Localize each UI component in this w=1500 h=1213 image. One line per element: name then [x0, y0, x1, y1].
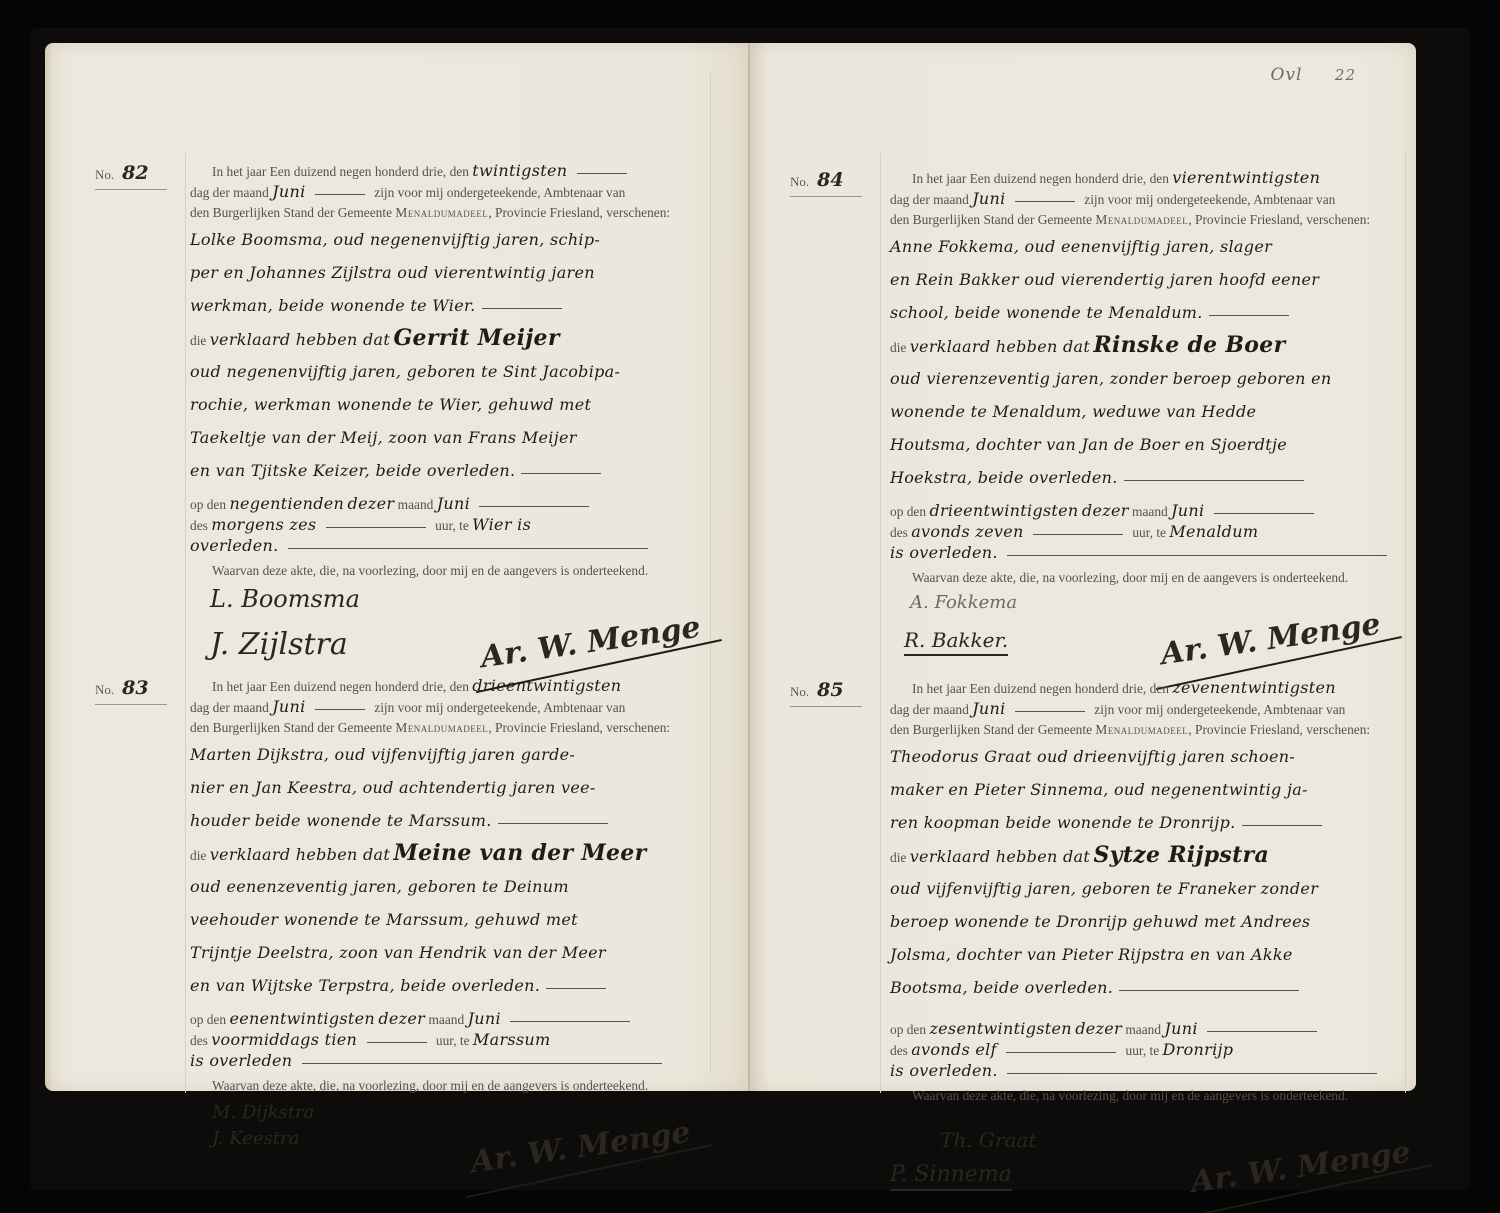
gemeente-name: Menaldumadeel [1095, 722, 1188, 737]
details-line: Hoekstra, beide overleden. [890, 461, 1410, 494]
handwritten-text: rochie, werkman wonende te Wier, gehuwd … [190, 395, 591, 414]
handwritten-text: en van Wijtske Terpstra, beide overleden… [190, 976, 540, 995]
signature-registrar: Ar. W. Menge [1189, 1135, 1413, 1200]
printed-text: die [890, 850, 906, 865]
signature-appearer: Th. Graat [940, 1128, 1036, 1152]
printed-text: op den [890, 504, 926, 519]
record-number-value: 84 [817, 169, 843, 191]
fill-rule [1214, 512, 1314, 514]
details-line: oud vijfenvijftig jaren, geboren te Fran… [890, 872, 1410, 905]
appearers-line: Lolke Boomsma, oud negenenvijftig jaren,… [190, 223, 750, 256]
printed-text: op den [890, 1022, 926, 1037]
closing-statement: Waarvan deze akte, die, na voorlezing, d… [190, 560, 750, 581]
record-number-value: 85 [817, 679, 843, 701]
handwritten-month: Juni [272, 697, 305, 716]
fill-rule [479, 505, 589, 507]
printed-text: zijn voor mij ondergeteekende, Ambtenaar… [374, 700, 625, 715]
handwritten-death-day: eenentwintigsten [229, 1009, 375, 1028]
handwritten-death-day: negentienden [229, 494, 344, 513]
fill-rule [1015, 200, 1075, 202]
fill-rule [302, 1062, 662, 1064]
death-record: No.82 In het jaar Een duizend negen hond… [190, 160, 750, 685]
page-frame-line [880, 153, 881, 1093]
signature-appearer: J. Keestra [212, 1128, 299, 1149]
closing-statement: Waarvan deze akte, die, na voorlezing, d… [890, 1085, 1410, 1106]
printed-text: In het jaar Een duizend negen honderd dr… [212, 679, 469, 694]
handwritten-death-day: drieentwintigsten [929, 501, 1078, 520]
handwritten-text: per en Johannes Zijlstra oud vierentwint… [190, 263, 595, 282]
death-time-line: des avonds elf uur, te Dronrijp [890, 1039, 1410, 1060]
handwritten-text: school, beide wonende te Menaldum. [890, 303, 1203, 322]
fill-rule [498, 822, 608, 824]
record-line-3: den Burgerlijken Stand der Gemeente Mena… [890, 719, 1410, 740]
details-line: veehouder wonende te Marssum, gehuwd met [190, 903, 750, 936]
details-line: oud negenenvijftig jaren, geboren te Sin… [190, 355, 750, 388]
signature-appearer: J. Zijlstra [210, 627, 348, 662]
handwritten-text: is overleden. [890, 1061, 998, 1080]
printed-text: uur, te [1126, 1043, 1160, 1058]
details-line: wonende te Menaldum, weduwe van Hedde [890, 395, 1410, 428]
fill-rule [546, 987, 606, 989]
signature-registrar: Ar. W. Menge [479, 610, 703, 675]
details-line: Taekeltje van der Meij, zoon van Frans M… [190, 421, 750, 454]
printed-text: In het jaar Een duizend negen honderd dr… [912, 171, 1169, 186]
details-line: Trijntje Deelstra, zoon van Hendrik van … [190, 936, 750, 969]
gemeente-name: Menaldumadeel [1095, 212, 1188, 227]
signature-appearer: A. Fokkema [910, 592, 1017, 613]
death-date-line: op den eenentwintigsten dezer maand Juni [190, 1008, 750, 1029]
death-record: No.84 In het jaar Een duizend negen hond… [890, 167, 1410, 692]
signature-registrar: Ar. W. Menge [1159, 607, 1383, 672]
closing-hw-line: is overleden. [890, 542, 1410, 563]
printed-text: den Burgerlijken Stand der Gemeente [190, 205, 392, 220]
record-line-3: den Burgerlijken Stand der Gemeente Mena… [190, 717, 750, 738]
appearers-line: Anne Fokkema, oud eenenvijftig jaren, sl… [890, 230, 1410, 263]
declaration-line: die verklaard hebben dat Rinske de Boer [890, 329, 1410, 362]
printed-text: , Provincie Friesland, verschenen: [488, 205, 670, 220]
handwritten-month: Juni [272, 182, 305, 201]
printed-text: , Provincie Friesland, verschenen: [488, 720, 670, 735]
appearers-line: houder beide wonende te Marssum. [190, 804, 750, 837]
death-record: No.85 In het jaar Een duizend negen hond… [890, 677, 1410, 1210]
printed-text: die [890, 340, 906, 355]
handwritten-death-month: Juni [1171, 501, 1204, 520]
handwritten-text: Anne Fokkema, oud eenenvijftig jaren, sl… [890, 237, 1272, 256]
printed-text: die [190, 848, 206, 863]
printed-text: maand [1125, 1022, 1161, 1037]
death-time-line: des morgens zes uur, te Wier is [190, 514, 750, 535]
handwritten-time: avonds elf [911, 1040, 997, 1059]
page-frame-line [185, 153, 186, 1093]
details-line: Jolsma, dochter van Pieter Rijpstra en v… [890, 938, 1410, 971]
printed-text: den Burgerlijken Stand der Gemeente [190, 720, 392, 735]
printed-text: dag der maand [890, 702, 969, 717]
handwritten-text: verklaard hebben dat [210, 845, 390, 864]
fill-rule [1006, 1051, 1116, 1053]
printed-text: uur, te [435, 518, 469, 533]
details-line: oud eenenzeventig jaren, geboren te Dein… [190, 870, 750, 903]
handwritten-text: en Rein Bakker oud vierendertig jaren ho… [890, 270, 1319, 289]
handwritten-text: Theodorus Graat oud drieenvijftig jaren … [890, 747, 1295, 766]
handwritten-text: Bootsma, beide overleden. [890, 978, 1113, 997]
handwritten-time: avonds zeven [911, 522, 1023, 541]
handwritten-day: drieentwintigsten [472, 676, 621, 695]
printed-text: maand [1132, 504, 1168, 519]
handwritten-place: Marssum [473, 1030, 551, 1049]
details-line: Houtsma, dochter van Jan de Boer en Sjoe… [890, 428, 1410, 461]
printed-text: zijn voor mij ondergeteekende, Ambtenaar… [1084, 192, 1335, 207]
closing-hw-line: is overleden [190, 1050, 750, 1071]
record-line-2: dag der maand Juni zijn voor mij onderge… [890, 698, 1410, 719]
handwritten-text: en van Tjitske Keizer, beide overleden. [190, 461, 515, 480]
printed-text: den Burgerlijken Stand der Gemeente [890, 212, 1092, 227]
details-line: en van Wijtske Terpstra, beide overleden… [190, 969, 750, 1002]
signature-appearer: P. Sinnema [890, 1162, 1012, 1191]
handwritten-text: dezer [348, 494, 395, 513]
handwritten-text: is overleden. [890, 543, 998, 562]
handwritten-text: dezer [1082, 501, 1129, 520]
fill-rule [1119, 989, 1299, 991]
record-number-value: 82 [122, 162, 148, 184]
details-line: rochie, werkman wonende te Wier, gehuwd … [190, 388, 750, 421]
handwritten-text: Taekeltje van der Meij, zoon van Frans M… [190, 428, 577, 447]
printed-text: , Provincie Friesland, verschenen: [1188, 722, 1370, 737]
details-line: Bootsma, beide overleden. [890, 971, 1410, 1004]
handwritten-death-month: Juni [437, 494, 470, 513]
record-number: No.82 [95, 162, 167, 190]
fill-rule [482, 307, 562, 309]
signature-registrar: Ar. W. Menge [469, 1115, 693, 1180]
printed-text: uur, te [436, 1033, 470, 1048]
printed-text: dag der maand [890, 192, 969, 207]
handwritten-month: Juni [972, 189, 1005, 208]
handwritten-text: oud vijfenvijftig jaren, geboren te Fran… [890, 879, 1318, 898]
page-number: 22 [1335, 66, 1356, 84]
deceased-name: Rinske de Boer [1093, 332, 1285, 358]
handwritten-text: dezer [1075, 1019, 1122, 1038]
fill-rule [1207, 1030, 1317, 1032]
appearers-line: werkman, beide wonende te Wier. [190, 289, 750, 322]
fill-rule [1015, 710, 1085, 712]
handwritten-day: vierentwintigsten [1172, 168, 1320, 187]
fill-rule [1209, 314, 1289, 316]
printed-text: den Burgerlijken Stand der Gemeente [890, 722, 1092, 737]
printed-text: des [890, 1043, 908, 1058]
handwritten-text: oud negenenvijftig jaren, geboren te Sin… [190, 362, 620, 381]
death-date-line: op den drieentwintigsten dezer maand Jun… [890, 500, 1410, 521]
closing-statement: Waarvan deze akte, die, na voorlezing, d… [190, 1075, 750, 1096]
appearers-line: Marten Dijkstra, oud vijfenvijftig jaren… [190, 738, 750, 771]
appearers-line: school, beide wonende te Menaldum. [890, 296, 1410, 329]
record-line-1: In het jaar Een duizend negen honderd dr… [890, 677, 1410, 698]
signature-appearer: M. Dijkstra [212, 1102, 314, 1123]
printed-text: dag der maand [190, 700, 269, 715]
handwritten-text: verklaard hebben dat [210, 330, 390, 349]
fill-rule [1007, 1072, 1377, 1074]
declaration-line: die verklaard hebben dat Meine van der M… [190, 837, 750, 870]
printed-text: zijn voor mij ondergeteekende, Ambtenaar… [374, 185, 625, 200]
record-number: No.83 [95, 677, 167, 705]
handwritten-text: Trijntje Deelstra, zoon van Hendrik van … [190, 943, 606, 962]
handwritten-time: morgens zes [211, 515, 316, 534]
record-line-1: In het jaar Een duizend negen honderd dr… [890, 167, 1410, 188]
printed-text: uur, te [1132, 525, 1166, 540]
printed-text: op den [190, 497, 226, 512]
printed-text: dag der maand [190, 185, 269, 200]
printed-text: des [190, 1033, 208, 1048]
fill-rule [510, 1020, 630, 1022]
handwritten-death-month: Juni [1164, 1019, 1197, 1038]
death-record: No.83 In het jaar Een duizend negen hond… [190, 675, 750, 1200]
details-line: en van Tjitske Keizer, beide overleden. [190, 454, 750, 487]
handwritten-death-month: Juni [468, 1009, 501, 1028]
printed-text: maand [398, 497, 434, 512]
record-number: No.85 [790, 679, 862, 707]
closing-hw-line: is overleden. [890, 1060, 1410, 1081]
printed-text: des [190, 518, 208, 533]
deceased-name: Meine van der Meer [393, 840, 646, 866]
declaration-line: die verklaard hebben dat Gerrit Meijer [190, 322, 750, 355]
handwritten-text: houder beide wonende te Marssum. [190, 811, 492, 830]
handwritten-text: werkman, beide wonende te Wier. [190, 296, 476, 315]
fill-rule [577, 172, 627, 174]
handwritten-place: Menaldum [1169, 522, 1258, 541]
details-line: beroep wonende te Dronrijp gehuwd met An… [890, 905, 1410, 938]
fill-rule [1124, 479, 1304, 481]
handwritten-text: dezer [378, 1009, 425, 1028]
fill-rule [1007, 554, 1387, 556]
record-line-2: dag der maand Juni zijn voor mij onderge… [190, 696, 750, 717]
fill-rule [326, 526, 426, 528]
no-label: No. [95, 167, 114, 182]
fill-rule [1242, 824, 1322, 826]
record-line-3: den Burgerlijken Stand der Gemeente Mena… [890, 209, 1410, 230]
handwritten-text: Hoekstra, beide overleden. [890, 468, 1118, 487]
page-margin-note: Ovl 22 [1271, 65, 1356, 85]
printed-text: In het jaar Een duizend negen honderd dr… [912, 681, 1169, 696]
death-time-line: des avonds zeven uur, te Menaldum [890, 521, 1410, 542]
record-line-3: den Burgerlijken Stand der Gemeente Mena… [190, 202, 750, 223]
printed-text: die [190, 333, 206, 348]
record-line-2: dag der maand Juni zijn voor mij onderge… [190, 181, 750, 202]
handwritten-text: wonende te Menaldum, weduwe van Hedde [890, 402, 1256, 421]
record-line-1: In het jaar Een duizend negen honderd dr… [190, 675, 750, 696]
closing-hw-line: overleden. [190, 535, 750, 556]
printed-text: des [890, 525, 908, 540]
appearers-line: per en Johannes Zijlstra oud vierentwint… [190, 256, 750, 289]
handwritten-text: Jolsma, dochter van Pieter Rijpstra en v… [890, 945, 1293, 964]
death-date-line: op den zesentwintigsten dezer maand Juni [890, 1018, 1410, 1039]
record-line-2: dag der maand Juni zijn voor mij onderge… [890, 188, 1410, 209]
no-label: No. [95, 682, 114, 697]
appearers-line: en Rein Bakker oud vierendertig jaren ho… [890, 263, 1410, 296]
no-label: No. [790, 684, 809, 699]
handwritten-text: Lolke Boomsma, oud negenenvijftig jaren,… [190, 230, 600, 249]
closing-statement: Waarvan deze akte, die, na voorlezing, d… [890, 567, 1410, 588]
appearers-line: maker en Pieter Sinnema, oud negenentwin… [890, 773, 1410, 806]
handwritten-text: nier en Jan Keestra, oud achtendertig ja… [190, 778, 596, 797]
printed-text: , Provincie Friesland, verschenen: [1188, 212, 1370, 227]
fill-rule [315, 193, 365, 195]
declaration-line: die verklaard hebben dat Sytze Rijpstra [890, 839, 1410, 872]
signatures: Th. Graat P. Sinnema Ar. W. Menge [890, 1110, 1410, 1210]
fill-rule [315, 708, 365, 710]
gemeente-name: Menaldumadeel [395, 720, 488, 735]
fill-rule [288, 547, 648, 549]
death-time-line: des voormiddags tien uur, te Marssum [190, 1029, 750, 1050]
margin-scribble: Ovl [1271, 65, 1303, 85]
handwritten-place: Dronrijp [1163, 1040, 1234, 1059]
handwritten-day: twintigsten [472, 161, 567, 180]
no-label: No. [790, 174, 809, 189]
deceased-name: Gerrit Meijer [393, 325, 559, 351]
fill-rule [367, 1041, 427, 1043]
handwritten-month: Juni [972, 699, 1005, 718]
printed-text: maand [429, 1012, 465, 1027]
fill-rule [1033, 533, 1123, 535]
record-number: No.84 [790, 169, 862, 197]
handwritten-text: maker en Pieter Sinnema, oud negenentwin… [890, 780, 1308, 799]
signature-appearer: L. Boomsma [210, 585, 360, 613]
deceased-name: Sytze Rijpstra [1093, 842, 1269, 868]
details-line: oud vierenzeventig jaren, zonder beroep … [890, 362, 1410, 395]
handwritten-text: overleden. [190, 536, 278, 555]
record-line-1: In het jaar Een duizend negen honderd dr… [190, 160, 750, 181]
signature-appearer: R. Bakker. [904, 628, 1008, 656]
handwritten-day: zevenentwintigsten [1172, 678, 1336, 697]
handwritten-place: Wier is [472, 515, 531, 534]
appearers-line: nier en Jan Keestra, oud achtendertig ja… [190, 771, 750, 804]
handwritten-text: Marten Dijkstra, oud vijfenvijftig jaren… [190, 745, 575, 764]
fill-rule [521, 472, 601, 474]
handwritten-text: verklaard hebben dat [910, 847, 1090, 866]
handwritten-text: ren koopman beide wonende te Dronrijp. [890, 813, 1236, 832]
appearers-line: ren koopman beide wonende te Dronrijp. [890, 806, 1410, 839]
gemeente-name: Menaldumadeel [395, 205, 488, 220]
handwritten-text: oud vierenzeventig jaren, zonder beroep … [890, 369, 1331, 388]
handwritten-text: beroep wonende te Dronrijp gehuwd met An… [890, 912, 1310, 931]
handwritten-time: voormiddags tien [211, 1030, 357, 1049]
printed-text: In het jaar Een duizend negen honderd dr… [212, 164, 469, 179]
printed-text: op den [190, 1012, 226, 1027]
handwritten-text: veehouder wonende te Marssum, gehuwd met [190, 910, 578, 929]
printed-text: zijn voor mij ondergeteekende, Ambtenaar… [1094, 702, 1345, 717]
signatures: L. Boomsma J. Zijlstra Ar. W. Menge [190, 585, 750, 685]
handwritten-text: Houtsma, dochter van Jan de Boer en Sjoe… [890, 435, 1287, 454]
handwritten-text: is overleden [190, 1051, 292, 1070]
handwritten-text: oud eenenzeventig jaren, geboren te Dein… [190, 877, 569, 896]
handwritten-text: verklaard hebben dat [910, 337, 1090, 356]
record-number-value: 83 [122, 677, 148, 699]
death-date-line: op den negentienden dezer maand Juni [190, 493, 750, 514]
signatures: M. Dijkstra J. Keestra Ar. W. Menge [190, 1100, 750, 1200]
handwritten-death-day: zesentwintigsten [929, 1019, 1071, 1038]
appearers-line: Theodorus Graat oud drieenvijftig jaren … [890, 740, 1410, 773]
